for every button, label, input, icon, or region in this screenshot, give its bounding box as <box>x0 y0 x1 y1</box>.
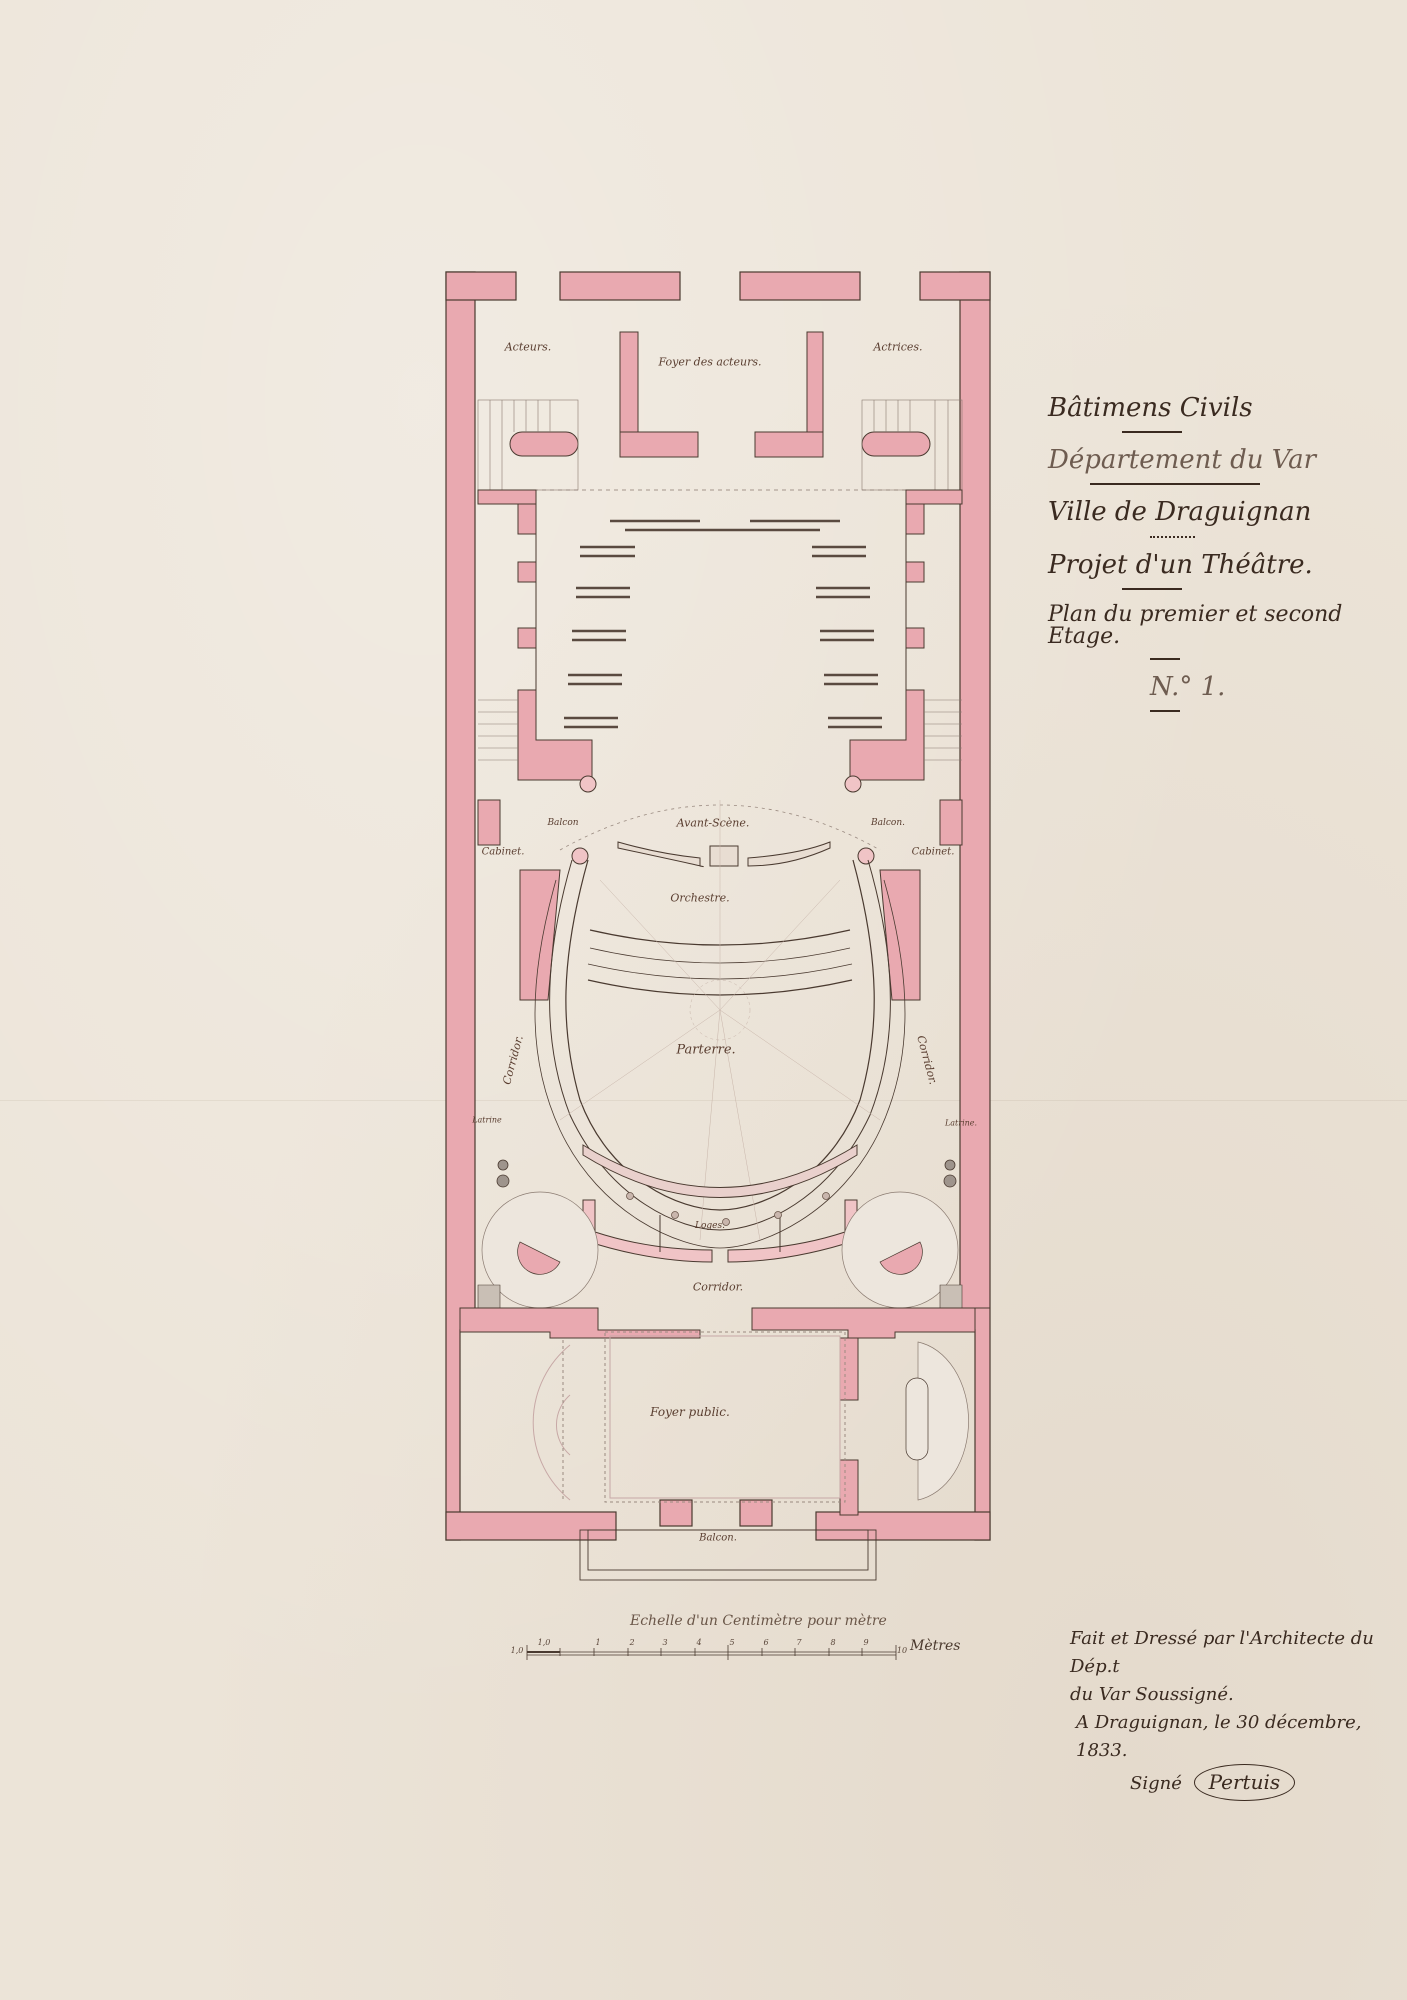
signature-line-2: du Var Soussigné. <box>1070 1681 1400 1709</box>
label-parterre: Parterre. <box>676 1043 735 1058</box>
scale-tick-label: 7 <box>796 1638 801 1647</box>
title-divider <box>1150 710 1180 712</box>
label-actrices: Actrices. <box>873 341 922 354</box>
scale-end-label: 10 <box>897 1646 907 1655</box>
title-block: Bâtimens Civils Département du Var Ville… <box>1040 395 1400 726</box>
stage-floor-outline <box>536 504 906 740</box>
orchestra-rail <box>618 842 830 867</box>
label-foyer-public: Foyer public. <box>650 1405 730 1419</box>
foyer-acteurs-walls <box>510 332 930 457</box>
title-projet: Projet d'un Théâtre. <box>1048 552 1400 578</box>
scale-tick-label: 4 <box>696 1638 701 1647</box>
construction-lines <box>560 800 880 1240</box>
title-plan: Plan du premier et second Etage. <box>1048 604 1400 648</box>
foyer-right-stair <box>906 1342 969 1500</box>
signature-line-1: Fait et Dressé par l'Architecte du Dép.t <box>1070 1625 1400 1681</box>
scale-tick-label: 6 <box>763 1638 768 1647</box>
scale-tick-label: 2 <box>629 1638 634 1647</box>
label-cabinet-right: Cabinet. <box>912 847 955 858</box>
scale-tick-label: 3 <box>662 1638 667 1647</box>
title-divider <box>1122 588 1182 590</box>
stage-walls <box>478 490 962 780</box>
loges <box>583 1145 857 1262</box>
title-divider <box>1122 431 1182 433</box>
label-orchestre: Orchestre. <box>670 892 729 905</box>
title-batimens-civils: Bâtimens Civils <box>1048 395 1400 421</box>
label-balcon-front: Balcon. <box>699 1533 737 1544</box>
scale-unit: Mètres <box>910 1638 960 1654</box>
label-loges: Loges. <box>695 1221 725 1231</box>
label-latrine-right: Latrine. <box>945 1119 977 1128</box>
scale-tick-label: 5 <box>729 1638 734 1647</box>
label-cabinet-left: Cabinet. <box>482 847 525 858</box>
label-avant-scene: Avant-Scène. <box>677 817 750 830</box>
scale-tick-label: 9 <box>863 1638 868 1647</box>
scale-tick-label: 1,0 <box>538 1638 551 1647</box>
scale-title: Echelle d'un Centimètre pour mètre <box>630 1613 887 1629</box>
scale-tick-label: 1 <box>595 1638 600 1647</box>
signature-block: Fait et Dressé par l'Architecte du Dép.t… <box>1070 1625 1400 1801</box>
title-ville: Ville de Draguignan <box>1048 499 1400 525</box>
title-divider <box>1150 535 1195 538</box>
signature-prefix: Signé <box>1130 1773 1182 1794</box>
signature-name: Pertuis <box>1194 1764 1296 1801</box>
label-foyer-acteurs: Foyer des acteurs. <box>659 356 762 369</box>
latrine-pots <box>497 1160 956 1187</box>
scale-left-label: 1,0 <box>511 1646 524 1655</box>
stage-wings <box>564 521 882 727</box>
label-balcon-left: Balcon <box>547 818 578 828</box>
label-balcon-right: Balcon. <box>871 818 905 828</box>
signature-date: A Draguignan, le 30 décembre, 1833. <box>1076 1709 1400 1765</box>
title-departement: Département du Var <box>1048 447 1400 473</box>
title-divider <box>1090 483 1260 485</box>
scale-tick-label: 8 <box>830 1638 835 1647</box>
label-corridor-bottom: Corridor. <box>693 1281 743 1294</box>
label-latrine-left: Latrine <box>472 1116 502 1125</box>
label-acteurs: Acteurs. <box>505 341 552 354</box>
scale-bar <box>527 1645 896 1660</box>
title-divider <box>1150 658 1180 660</box>
title-number: N.° 1. <box>1150 674 1400 700</box>
